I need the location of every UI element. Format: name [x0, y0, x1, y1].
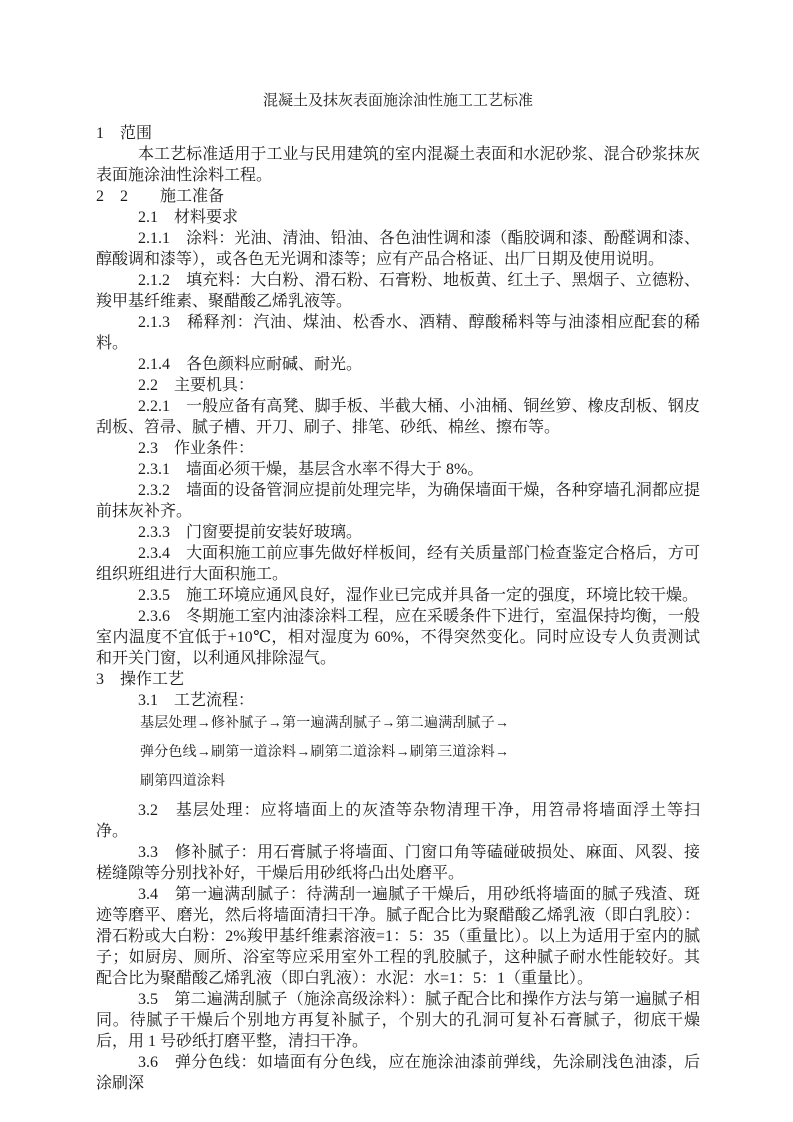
paragraph-2-3-5: 2.3.5 施工环境应通风良好，湿作业已完成并具备一定的强度，环境比较干燥。: [96, 585, 700, 606]
paragraph-2-3-6: 2.3.6 冬期施工室内油漆涂料工程，应在采暖条件下进行，室温保持均衡，一般室内…: [96, 606, 700, 669]
document-page: 混凝土及抹灰表面施涂油性施工工艺标准 1 范围 本工艺标准适用于工业与民用建筑的…: [0, 0, 793, 1122]
paragraph-2-1-2: 2.1.2 填充料：大白粉、滑石粉、石膏粉、地板黄、红土子、黑烟子、立德粉、羧甲…: [96, 270, 700, 312]
process-flow-line-2: 弹分色线→刷第一道涂料→刷第二道涂料→刷第三道涂料→: [96, 742, 700, 763]
process-flow-line-1: 基层处理→修补腻子→第一遍满刮腻子→第二遍满刮腻子→: [96, 713, 700, 734]
process-flow-line-3: 刷第四道涂料: [96, 771, 700, 792]
paragraph-2-3: 2.3 作业条件：: [96, 438, 700, 459]
paragraph-2-1-4: 2.1.4 各色颜料应耐碱、耐光。: [96, 354, 700, 375]
paragraph-2-3-4: 2.3.4 大面积施工前应事先做好样板间，经有关质量部门检查鉴定合格后，方可组织…: [96, 543, 700, 585]
paragraph-3-4: 3.4 第一遍满刮腻子：待满刮一遍腻子干燥后，用砂纸将墙面的腻子残渣、斑迹等磨平…: [96, 884, 700, 989]
paragraph-2-2: 2.2 主要机具：: [96, 375, 700, 396]
paragraph-3-1: 3.1 工艺流程：: [96, 690, 700, 711]
paragraph-3-3: 3.3 修补腻子：用石膏腻子将墙面、门窗口角等磕碰破损处、麻面、风裂、接槎缝隙等…: [96, 842, 700, 884]
section-heading-scope: 1 范围: [96, 123, 700, 144]
paragraph-2-2-1: 2.2.1 一般应备有高凳、脚手板、半截大桶、小油桶、铜丝箩、橡皮刮板、钢皮刮板…: [96, 396, 700, 438]
paragraph-3-2: 3.2 基层处理：应将墙面上的灰渣等杂物清理干净，用笤帚将墙面浮土等扫净。: [96, 800, 700, 842]
document-title: 混凝土及抹灰表面施涂油性施工工艺标准: [96, 90, 700, 112]
document-content: 混凝土及抹灰表面施涂油性施工工艺标准 1 范围 本工艺标准适用于工业与民用建筑的…: [96, 90, 700, 1094]
paragraph-2-1-1: 2.1.1 涂料：光油、清油、铅油、各色油性调和漆（酯胶调和漆、酚醛调和漆、醇酸…: [96, 228, 700, 270]
paragraph-scope-body: 本工艺标准适用于工业与民用建筑的室内混凝土表面和水泥砂浆、混合砂浆抹灰表面施涂油…: [96, 144, 700, 186]
paragraph-3-6: 3.6 弹分色线：如墙面有分色线，应在施涂油漆前弹线，先涂刷浅色油漆，后涂刷深: [96, 1052, 700, 1094]
section-heading-operation: 3 操作工艺: [96, 669, 700, 690]
paragraph-2-3-2: 2.3.2 墙面的设备管洞应提前处理完毕，为确保墙面干燥，各种穿墙孔洞都应提前抹…: [96, 480, 700, 522]
paragraph-2-3-1: 2.3.1 墙面必须干燥，基层含水率不得大于 8%。: [96, 459, 700, 480]
paragraph-2-1: 2.1 材料要求: [96, 207, 700, 228]
section-heading-preparation: 2 2 施工准备: [96, 186, 700, 207]
paragraph-3-5: 3.5 第二遍满刮腻子（施涂高级涂料）：腻子配合比和操作方法与第一遍腻子相同。待…: [96, 989, 700, 1052]
paragraph-2-1-3: 2.1.3 稀释剂：汽油、煤油、松香水、酒精、醇酸稀料等与油漆相应配套的稀料。: [96, 312, 700, 354]
paragraph-2-3-3: 2.3.3 门窗要提前安装好玻璃。: [96, 522, 700, 543]
